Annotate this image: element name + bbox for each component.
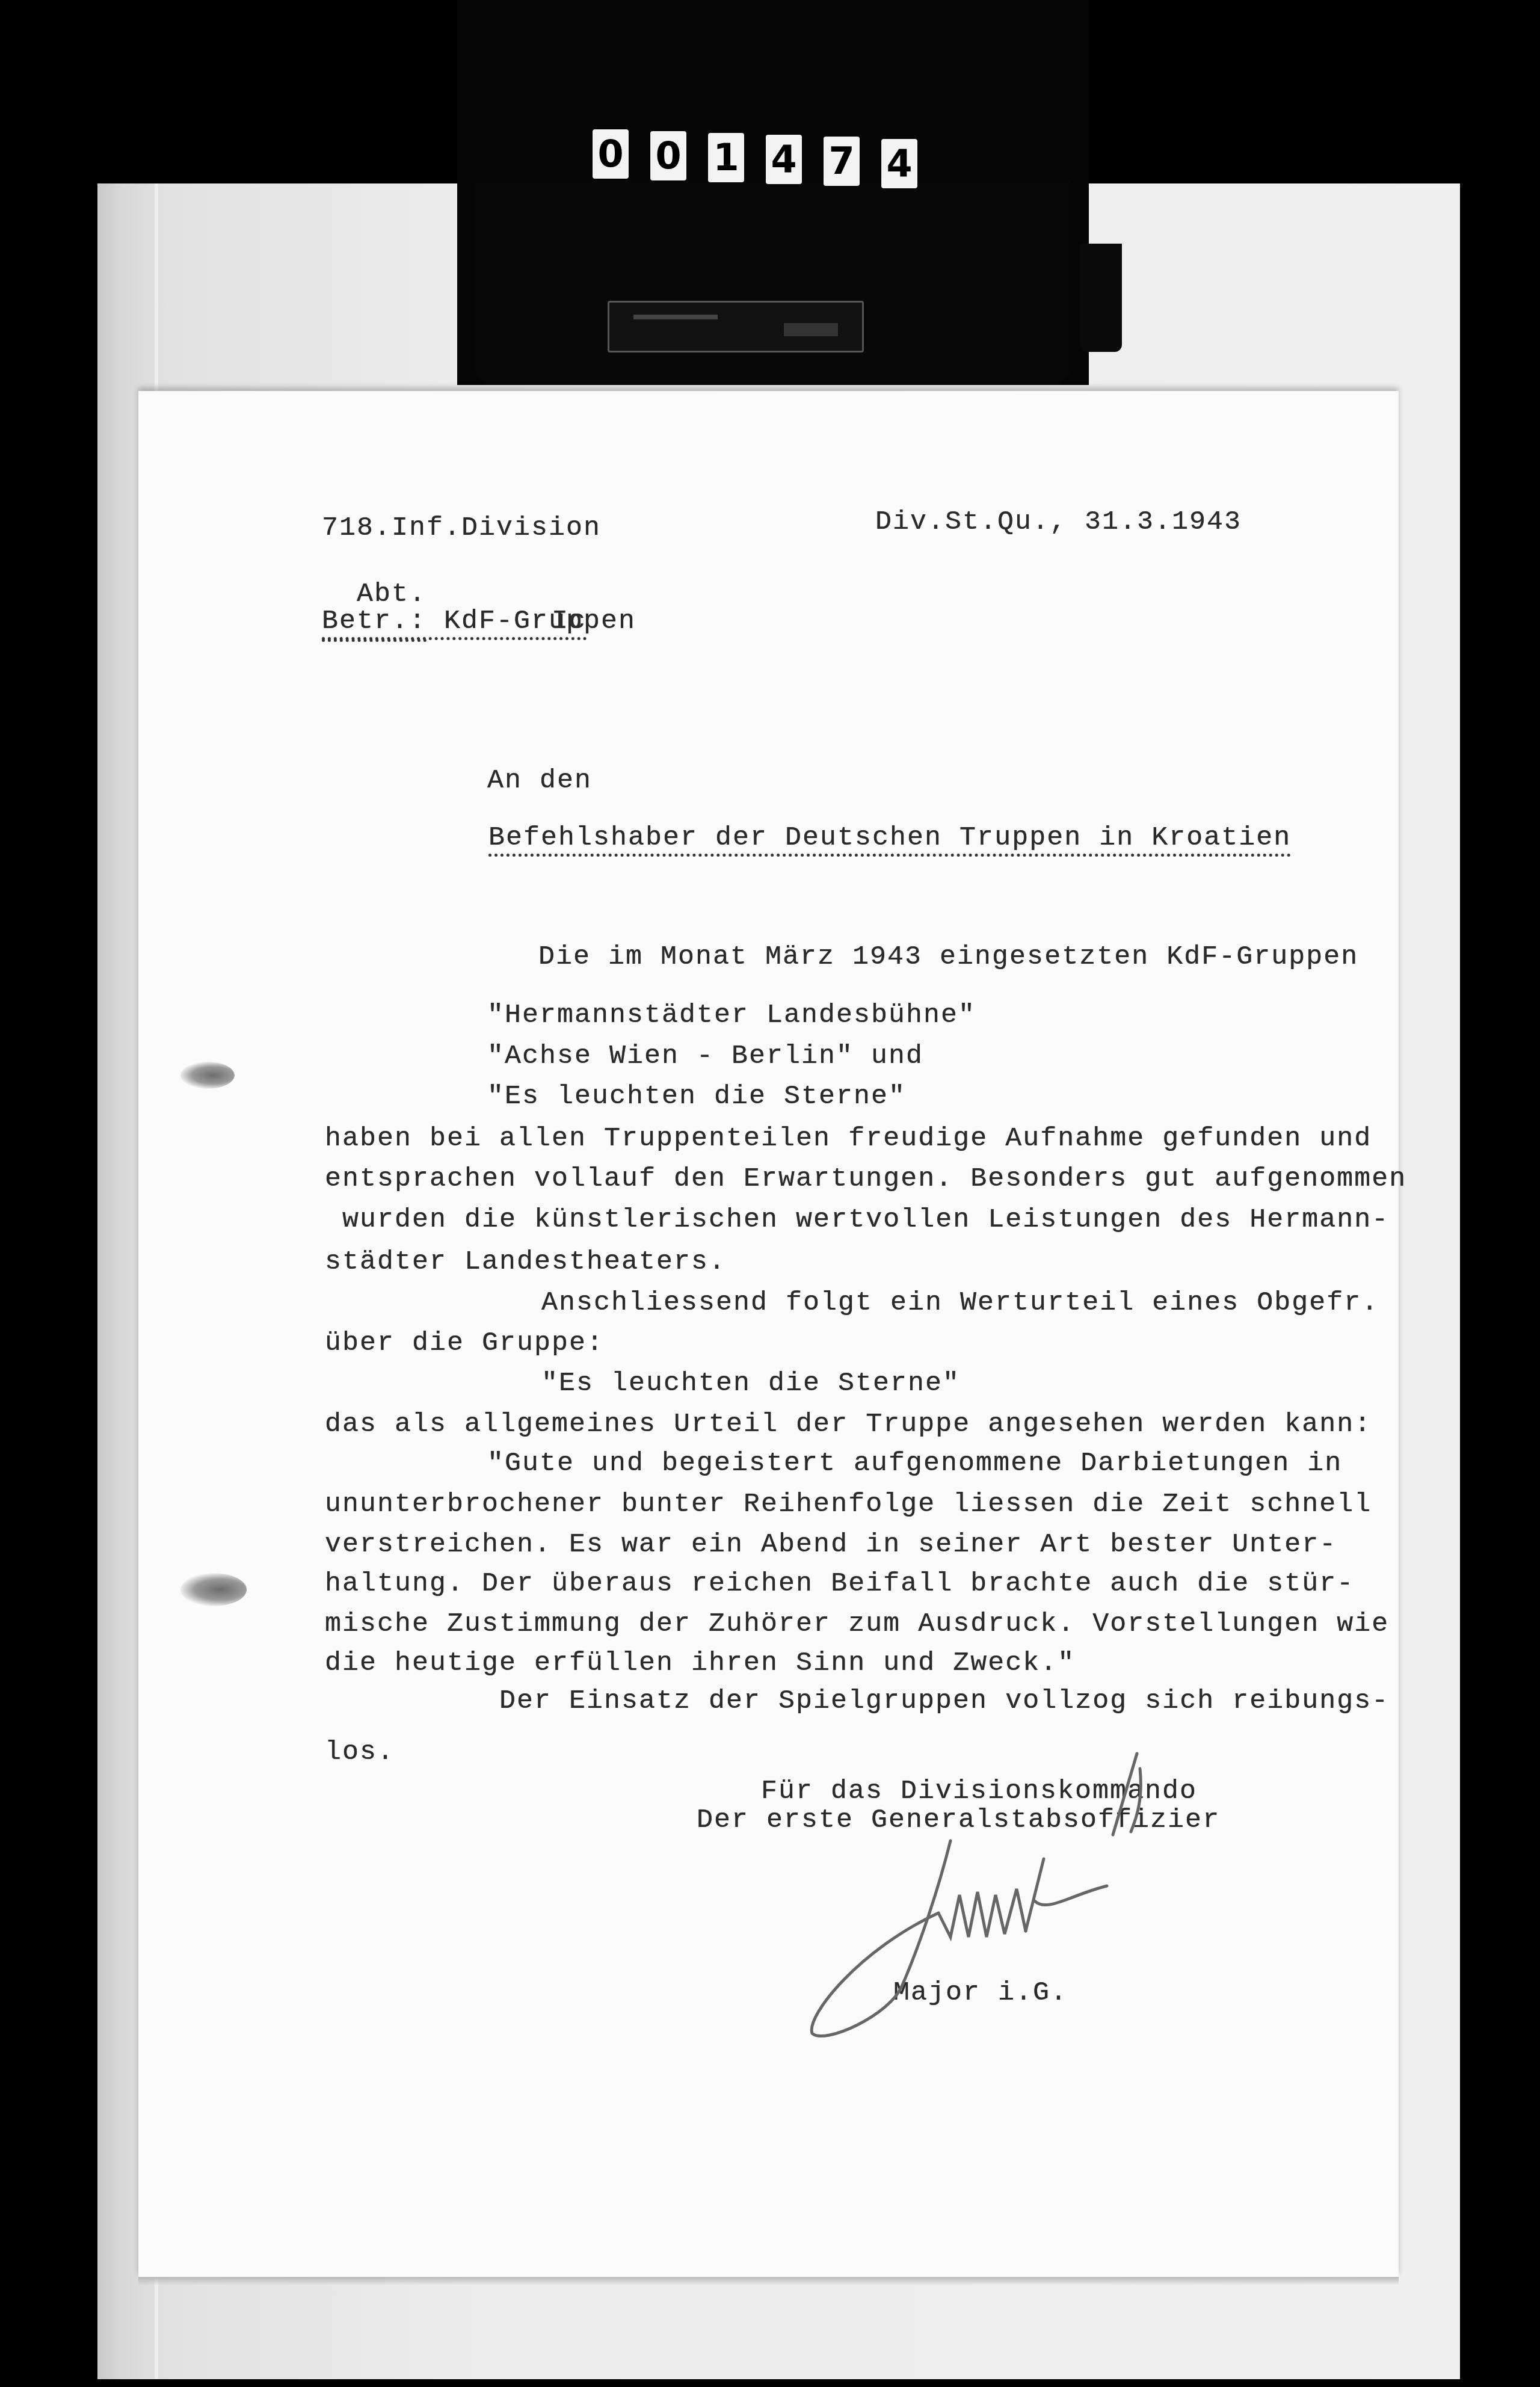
group-item: "Hermannstädter Landesbühne": [487, 1002, 976, 1029]
counter-knob: [1080, 244, 1122, 352]
sender-unit: 718.Inf.Division: [322, 514, 601, 541]
frame-counter: 0 0 1 4 7 4: [593, 129, 917, 188]
body-line: wurden die künstlerischen wertvollen Lei…: [325, 1206, 1389, 1233]
quote-line: haltung. Der überaus reichen Beifall bra…: [325, 1570, 1354, 1597]
closing-line: Der Einsatz der Spielgruppen vollzog sic…: [499, 1687, 1389, 1714]
counter-digit: 4: [766, 135, 802, 184]
body-line: haben bei allen Truppenteilen freudige A…: [325, 1125, 1372, 1152]
body-line: entsprachen vollauf den Erwartungen. Bes…: [325, 1165, 1406, 1192]
place-date: Div.St.Qu., 31.3.1943: [875, 508, 1242, 535]
quoted-group: "Es leuchten die Sterne": [541, 1370, 960, 1397]
quote-line: verstreichen. Es war ein Abend in seiner…: [325, 1531, 1337, 1558]
recipient-prefix: An den: [487, 767, 592, 794]
closing-line: los.: [325, 1739, 395, 1766]
body-intro: Die im Monat März 1943 eingesetzten KdF-…: [538, 943, 1358, 970]
body-line: städter Landestheaters.: [325, 1248, 726, 1275]
counter-digit: 4: [881, 139, 917, 188]
quote-line: die heutige erfüllen ihren Sinn und Zwec…: [325, 1649, 1075, 1677]
ink-smudge: [180, 1062, 235, 1089]
para2-line: über die Gruppe:: [325, 1329, 604, 1357]
subject-label: Betr.:: [322, 606, 427, 642]
para2-line: das als allgemeines Urteil der Truppe an…: [325, 1411, 1372, 1438]
counter-label-plate: [608, 301, 864, 353]
quote-line: mische Zustimmung der Zuhörer zum Ausdru…: [325, 1610, 1389, 1637]
subject-line: Betr.: KdF-Gruppen: [322, 608, 636, 635]
counter-digit: 7: [824, 137, 860, 186]
quote-line: ununterbrochener bunter Reihenfolge lies…: [325, 1491, 1372, 1518]
group-item: "Es leuchten die Sterne": [487, 1083, 906, 1110]
ink-smudge: [180, 1573, 247, 1606]
handwritten-signature: [722, 1732, 1263, 2045]
quote-line: "Gute und begeistert aufgenommene Darbie…: [487, 1450, 1342, 1477]
counter-digit: 0: [593, 129, 629, 179]
para2-line: Anschliessend folgt ein Werturteil eines…: [541, 1289, 1379, 1316]
counter-digit: 1: [708, 133, 744, 182]
counter-base: [475, 180, 1071, 385]
recipient: Befehlshaber der Deutschen Truppen in Kr…: [488, 824, 1291, 857]
subject: KdF-Gruppen: [444, 606, 636, 636]
department-label: Abt.: [357, 579, 427, 609]
group-item: "Achse Wien - Berlin" und: [487, 1043, 923, 1070]
counter-digit: 0: [650, 131, 686, 180]
